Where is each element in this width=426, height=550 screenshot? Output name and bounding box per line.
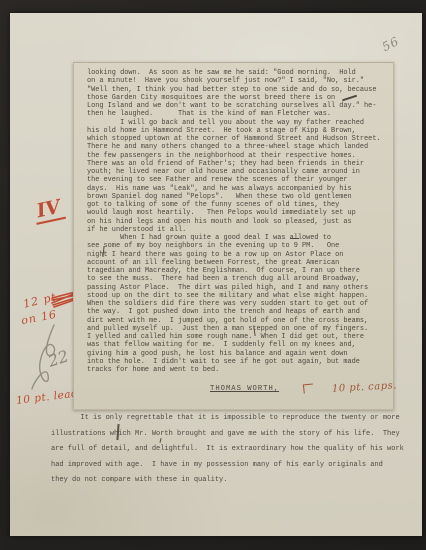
- typed-line: tracks for home and went to bed.: [87, 366, 387, 374]
- typed-line: see some of my boy neighbors in the even…: [87, 242, 387, 250]
- typed-line: account of an ill feeling between Forres…: [87, 259, 387, 267]
- typed-line: the evening to see Father and renew the …: [87, 176, 387, 184]
- typed-line: I will go back and tell you about the wa…: [87, 119, 387, 127]
- closing-line: are full of detail, and delightful. It i…: [51, 442, 417, 458]
- typed-line: the way. I got pushed down into the tren…: [87, 308, 387, 316]
- typed-line: the few passengers in the neighborhood a…: [87, 152, 387, 160]
- page-number: 56: [380, 34, 402, 54]
- typed-line: to see the muss. There had been a trench…: [87, 275, 387, 283]
- typed-line: got to talking of some of the funny scen…: [87, 201, 387, 209]
- pm-underline-mark: [290, 238, 299, 239]
- typed-line: There was an old friend of Father's; the…: [87, 160, 387, 168]
- typed-line: When I had grown quite a good deal I was…: [87, 234, 387, 242]
- typescript-sheet: looking down. As soon as he saw me he sa…: [73, 62, 394, 410]
- closing-line: they do not compare with these in qualit…: [51, 473, 417, 489]
- typed-line: giving him a good push, he lost his bala…: [87, 350, 387, 358]
- typed-line: passing Astor Place. The dirt was piled …: [87, 284, 387, 292]
- typed-line: There he and many others changed to a th…: [87, 143, 387, 151]
- typed-line: and pulled myself up. Just then a man st…: [87, 325, 387, 333]
- typed-line: youth; he lived near our old house and o…: [87, 168, 387, 176]
- signature: THOMAS WORTH,: [210, 385, 279, 393]
- closing-line: had improved with age. I have in my poss…: [51, 458, 417, 474]
- closing-line: illustrations which Mr. Worth brought an…: [51, 427, 417, 443]
- typed-line: Long Island and we don't want to be scra…: [87, 102, 387, 110]
- typed-line: on his hind legs and open his mouth and …: [87, 218, 387, 226]
- typed-line: night I heard there was going to be a ro…: [87, 251, 387, 259]
- signature-row: THOMAS WORTH, 10 pt. caps.: [210, 377, 397, 395]
- typed-line: brown Spaniel dog named "Pelops". When t…: [87, 193, 387, 201]
- insert-mark-icon: [303, 383, 314, 393]
- typed-line: would laugh most heartily. Then Pelops w…: [87, 209, 387, 217]
- scanned-document: 56 IV 12 pt on 16 22 10 pt. lead. lookin…: [0, 0, 426, 550]
- typed-line: tragedian and Macready, the Englishman. …: [87, 267, 387, 275]
- typed-line: was that fellow waiting for me. I sudden…: [87, 341, 387, 349]
- typescript-text: looking down. As soon as he saw me he sa…: [87, 69, 387, 374]
- typed-line: dirt went with me. I jumped up, got hold…: [87, 317, 387, 325]
- typed-line: stood up on the dirt to see the military…: [87, 292, 387, 300]
- typed-line: When the soldiers did fire there was ver…: [87, 300, 387, 308]
- typed-line: days. His name was "Leak", and he was al…: [87, 185, 387, 193]
- typed-line: then he laughed. That is the kind of man…: [87, 110, 387, 118]
- chapter-mark-annotation: IV: [32, 196, 66, 225]
- closing-line: It is only regrettable that it is imposs…: [51, 411, 417, 427]
- typed-line: "Well then, I think you had better step …: [87, 86, 387, 94]
- typed-line: if he understood it all.: [87, 226, 387, 234]
- typed-line: on a minute! Have you shook yourself jus…: [87, 77, 387, 85]
- album-page: 56 IV 12 pt on 16 22 10 pt. lead. lookin…: [10, 13, 422, 536]
- typed-line: into the hole. I didn't wait to see if h…: [87, 358, 387, 366]
- typed-line: looking down. As soon as he saw me he sa…: [87, 69, 387, 77]
- typed-line: his old home in Hammond Street. He took …: [87, 127, 387, 135]
- typed-line: I yelled and called him some rough name.…: [87, 333, 387, 341]
- typed-line: which stopped uptown at the corner of Ha…: [87, 135, 387, 143]
- caps-note-annotation: 10 pt. caps.: [332, 380, 397, 394]
- closing-paragraph: It is only regrettable that it is imposs…: [51, 411, 417, 489]
